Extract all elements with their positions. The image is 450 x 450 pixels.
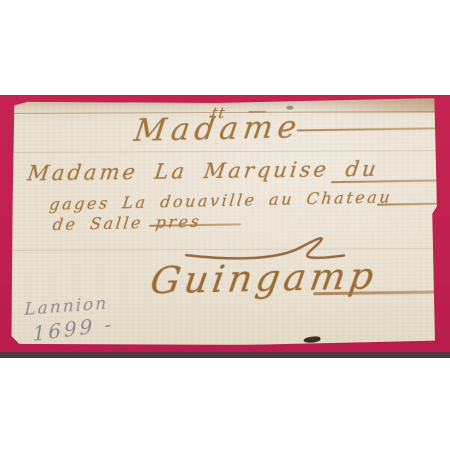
address-line-estate: gages La douaville au Chateau <box>48 187 393 213</box>
photo-bottom-shadow <box>0 352 450 358</box>
paper-crease <box>11 150 437 153</box>
address-line-salutation: Madame <box>132 109 304 149</box>
ink-blot <box>303 336 320 343</box>
destination-script: Guingamp <box>148 254 381 302</box>
flourish-stroke <box>313 290 445 294</box>
folded-letter-photo: tt Madame Madame La Marquise du gages La… <box>10 98 437 346</box>
flourish-stroke <box>297 127 445 131</box>
address-line-place: de Salle pres <box>52 212 203 234</box>
address-line-recipient: Madame La Marquise du <box>26 157 380 186</box>
flourish-stroke <box>377 203 445 206</box>
flourish-stroke <box>331 179 445 183</box>
